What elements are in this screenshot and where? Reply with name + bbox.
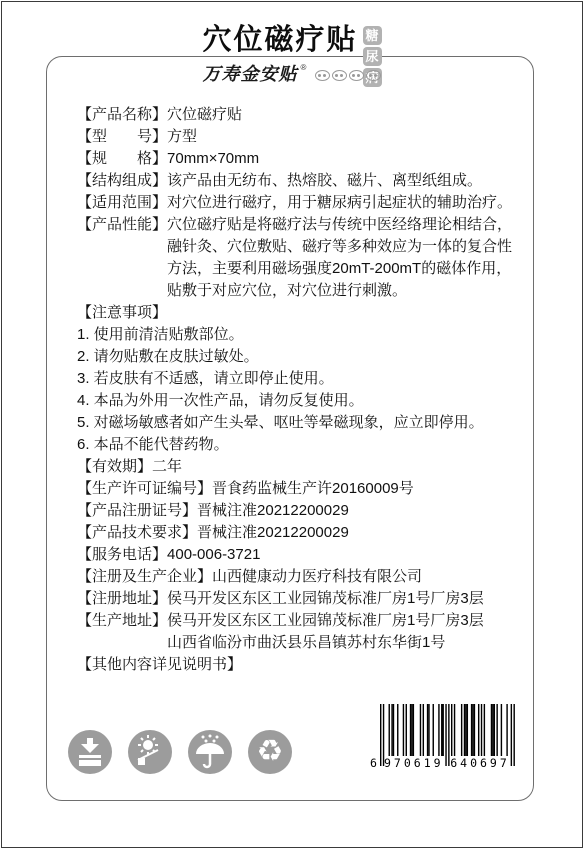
field-row: 【其他内容详见说明书】: [77, 654, 523, 676]
field-row: 1. 使用前清洁贴敷部位。: [77, 324, 523, 346]
package-insert-icon: [68, 730, 112, 774]
ean13-barcode: 6 970619 640697: [370, 704, 516, 780]
field-value: 晋械注准20212200029: [197, 500, 523, 522]
brand-seals: [315, 70, 381, 81]
recyclable-icon: ♻: [248, 730, 292, 774]
field-row: 5. 对磁场敏感者如产生头晕、呕吐等晕磁现象，应立即停用。: [77, 412, 523, 434]
field-value: 山西健康动力医疗科技有限公司: [212, 566, 523, 588]
field-value: 侯马开发区东区工业园锦茂标准厂房1号厂房3层 山西省临汾市曲沃县乐昌镇苏村东华街…: [167, 610, 523, 654]
field-value: 4. 本品为外用一次性产品，请勿反复使用。: [77, 390, 523, 412]
field-value: 对穴位进行磁疗，用于糖尿病引起症状的辅助治疗。: [167, 192, 523, 214]
field-value: 2. 请勿贴敷在皮肤过敏处。: [77, 346, 523, 368]
label-header: 穴位磁疗贴 糖尿病: [0, 26, 584, 55]
field-row: 【生产地址】侯马开发区东区工业园锦茂标准厂房1号厂房3层 山西省临汾市曲沃县乐昌…: [77, 610, 523, 654]
field-label: 【产品技术要求】: [77, 522, 197, 544]
field-row: 【服务电话】400-006-3721: [77, 544, 523, 566]
recycle-glyph: ♻: [257, 737, 284, 767]
field-label: 【注册地址】: [77, 588, 167, 610]
brand-row: 万寿金安贴 ®: [0, 60, 584, 86]
field-row: 【有效期】二年: [77, 456, 523, 478]
oval-seal-icon: [349, 70, 364, 81]
field-label: 【生产许可证编号】: [77, 478, 212, 500]
field-row: 【产品名称】穴位磁疗贴: [77, 104, 523, 126]
field-label: 【产品性能】: [77, 214, 167, 236]
field-row: 4. 本品为外用一次性产品，请勿反复使用。: [77, 390, 523, 412]
oval-seal-icon: [315, 70, 330, 81]
field-label: 【产品注册证号】: [77, 500, 197, 522]
keep-dry-icon: [188, 730, 232, 774]
field-label: 【有效期】: [77, 456, 152, 478]
field-row: 3. 若皮肤有不适感，请立即停止使用。: [77, 368, 523, 390]
field-label: 【生产地址】: [77, 610, 167, 632]
field-value: 侯马开发区东区工业园锦茂标准厂房1号厂房3层: [167, 588, 523, 610]
field-row: 【规 格】70mm×70mm: [77, 148, 523, 170]
field-value: 该产品由无纺布、热熔胶、磁片、离型纸组成。: [167, 170, 523, 192]
field-value: 穴位磁疗贴: [167, 104, 523, 126]
field-row: 【产品技术要求】晋械注准20212200029: [77, 522, 523, 544]
field-row: 【产品性能】穴位磁疗贴是将磁疗法与传统中医经络理论相结合，融针灸、穴位敷贴、磁疗…: [77, 214, 523, 302]
barcode-digit-group: 970619: [384, 756, 443, 770]
field-label: 【型 号】: [77, 126, 167, 148]
field-value: 二年: [152, 456, 523, 478]
oval-seal-icon: [332, 70, 347, 81]
keep-away-from-sunlight-icon: [128, 730, 172, 774]
field-value: 方型: [167, 126, 523, 148]
field-value: 晋食药监械生产许20160009号: [212, 478, 523, 500]
badge-char: 糖: [363, 26, 382, 45]
field-label: 【注册及生产企业】: [77, 566, 212, 588]
field-value: 1. 使用前清洁贴敷部位。: [77, 324, 523, 346]
field-value: 3. 若皮肤有不适感，请立即停止使用。: [77, 368, 523, 390]
field-row: 【结构组成】该产品由无纺布、热熔胶、磁片、离型纸组成。: [77, 170, 523, 192]
field-row: 【注意事项】: [77, 302, 523, 324]
field-row: 2. 请勿贴敷在皮肤过敏处。: [77, 346, 523, 368]
field-value: 5. 对磁场敏感者如产生头晕、呕吐等晕磁现象，应立即停用。: [77, 412, 523, 434]
field-label: 【产品名称】: [77, 104, 167, 126]
handling-icons: ♻: [68, 730, 292, 774]
field-row: 【注册及生产企业】山西健康动力医疗科技有限公司: [77, 566, 523, 588]
field-row: 【生产许可证编号】晋食药监械生产许20160009号: [77, 478, 523, 500]
field-label: 【结构组成】: [77, 170, 167, 192]
spec-list: 【产品名称】穴位磁疗贴【型 号】方型【规 格】70mm×70mm【结构组成】该产…: [77, 104, 523, 676]
registered-trademark-icon: ®: [301, 63, 307, 72]
field-label: 【其他内容详见说明书】: [77, 654, 242, 676]
barcode-digits: 6 970619 640697: [370, 756, 516, 770]
barcode-digit-group: 640697: [450, 756, 510, 770]
field-value: 400-006-3721: [167, 544, 523, 566]
product-title: 穴位磁疗贴: [202, 26, 357, 55]
field-row: 【产品注册证号】晋械注准20212200029: [77, 500, 523, 522]
field-label: 【注意事项】: [77, 302, 167, 324]
field-row: 【型 号】方型: [77, 126, 523, 148]
field-label: 【适用范围】: [77, 192, 167, 214]
field-value: 晋械注准20212200029: [197, 522, 523, 544]
field-row: 【注册地址】侯马开发区东区工业园锦茂标准厂房1号厂房3层: [77, 588, 523, 610]
field-value: 穴位磁疗贴是将磁疗法与传统中医经络理论相结合，融针灸、穴位敷贴、磁疗等多种效应为…: [167, 214, 523, 302]
field-label: 【规 格】: [77, 148, 167, 170]
field-value: 70mm×70mm: [167, 148, 523, 170]
barcode-digit-group: 6: [370, 756, 380, 770]
brand-name: 万寿金安贴: [203, 60, 298, 86]
oval-seal-icon: [366, 70, 381, 81]
field-row: 【适用范围】对穴位进行磁疗，用于糖尿病引起症状的辅助治疗。: [77, 192, 523, 214]
field-label: 【服务电话】: [77, 544, 167, 566]
field-row: 6. 本品不能代替药物。: [77, 434, 523, 456]
field-value: 6. 本品不能代替药物。: [77, 434, 523, 456]
